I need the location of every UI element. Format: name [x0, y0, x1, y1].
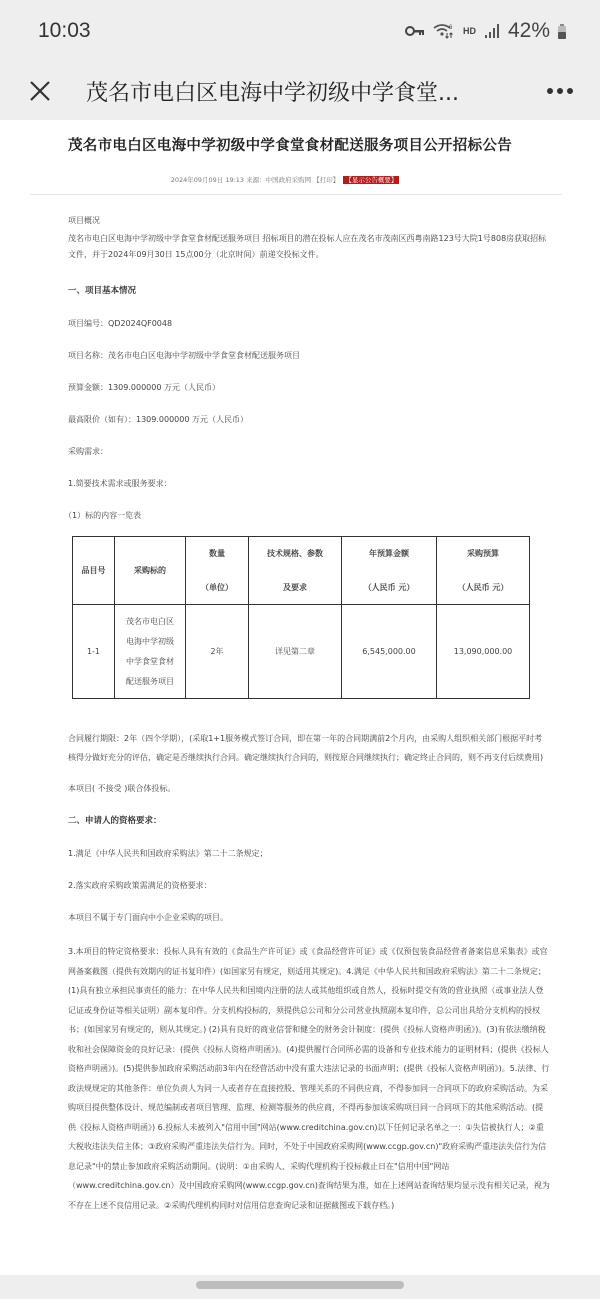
table-header: 品目号: [73, 537, 115, 605]
status-icons: 6 HD 42%: [405, 19, 566, 43]
tech-requirements: 1.简要技术需求或服务要求：: [68, 476, 550, 492]
wifi-6-icon: 6: [433, 23, 455, 39]
item-table: 品目号 采购标的 数量（单位） 技术规格、参数及要求 年预算金额（人民币 元） …: [72, 536, 530, 699]
table-header: 数量（单位）: [186, 537, 249, 605]
source-name: 中国政府采购网: [266, 176, 312, 184]
requirement-2: 2.落实政府采购政策需满足的资格要求：: [68, 878, 550, 894]
requirement-3-details: 3.本项目的特定资格要求：投标人具有有效的《食品生产许可证》或《食品经营许可证》…: [68, 942, 550, 1215]
webview-nav-bar: 茂名市电白区电海中学初级中学食堂...: [0, 62, 600, 120]
home-indicator[interactable]: [196, 1281, 404, 1289]
page-title: 茂名市电白区电海中学初级中学食堂...: [86, 76, 540, 107]
item-number: 1-1: [73, 605, 115, 699]
procurement-needs: 采购需求：: [68, 444, 550, 460]
source-label: 来源：: [246, 176, 266, 184]
table-header: 采购预算（人民币 元）: [437, 537, 530, 605]
table-header-row: 品目号 采购标的 数量（单位） 技术规格、参数及要求 年预算金额（人民币 元） …: [73, 537, 530, 605]
project-number: 项目编号：QD2024QF0048: [68, 316, 550, 332]
max-price: 最高限价（如有）：1309.000000 万元（人民币）: [68, 412, 550, 428]
sme-note: 本项目不属于专门面向中小企业采购的项目。: [68, 910, 550, 926]
consortium-note: 本项目( 不接受 )联合体投标。: [68, 781, 550, 797]
section1-heading: 一、项目基本情况: [68, 283, 550, 299]
table-header: 采购标的: [115, 537, 186, 605]
hd-icon: HD: [463, 26, 476, 36]
requirement-1: 1.满足《中华人民共和国政府采购法》第二十二条规定；: [68, 846, 550, 862]
quantity: 2年: [186, 605, 249, 699]
battery-icon: [558, 24, 566, 39]
contract-term: 合同履行期限：2年（四个学期），(采取1+1服务模式签订合同，即在第一年的合同期…: [68, 729, 550, 767]
vpn-key-icon: [405, 25, 425, 37]
spec: 详见第二章: [249, 605, 342, 699]
total-budget: 13,090,000.00: [437, 605, 530, 699]
table-header: 年预算金额（人民币 元）: [342, 537, 437, 605]
more-options-button[interactable]: [540, 71, 580, 111]
more-icon: [546, 87, 574, 95]
publish-datetime: 2024年09月09日 19:13: [171, 176, 244, 184]
divider: [30, 194, 562, 195]
overview-heading: 项目概况: [68, 213, 550, 229]
web-content[interactable]: 茂名市电白区电海中学初级中学食堂食材配送服务项目公开招标公告 2024年09月0…: [0, 120, 600, 1275]
close-icon: [29, 80, 51, 102]
section2-heading: 二、申请人的资格要求：: [68, 813, 550, 829]
table-row: 1-1 茂名市电白区 电海中学初级 中学食堂食材 配送服务项目 2年 详见第二章…: [73, 605, 530, 699]
status-bar: 10:03 6 HD 42%: [0, 0, 600, 62]
table-header: 技术规格、参数及要求: [249, 537, 342, 605]
project-name: 项目名称：茂名市电白区电海中学初级中学食堂食材配送服务项目: [68, 348, 550, 364]
show-summary-button[interactable]: 【显示公告概要】: [343, 176, 399, 184]
budget-amount: 预算金额：1309.000000 万元（人民币）: [68, 380, 550, 396]
article-meta: 2024年09月09日 19:13 来源：中国政府采购网 【打印】 【显示公告概…: [0, 175, 600, 184]
print-link[interactable]: 【打印】: [313, 176, 339, 184]
procurement-subject: 茂名市电白区 电海中学初级 中学食堂食材 配送服务项目: [115, 605, 186, 699]
svg-text:6: 6: [449, 25, 453, 31]
close-button[interactable]: [20, 71, 60, 111]
signal-icon: [484, 24, 500, 38]
item-list-title: （1）标的内容一览表: [64, 508, 550, 524]
annual-budget: 6,545,000.00: [342, 605, 437, 699]
article-title: 茂名市电白区电海中学初级中学食堂食材配送服务项目公开招标公告: [0, 120, 600, 155]
clock: 10:03: [38, 19, 91, 43]
article-body: 项目概况 茂名市电白区电海中学初级中学食堂食材配送服务项目 招标项目的潜在投标人…: [0, 194, 600, 1215]
battery-percent: 42%: [508, 19, 550, 43]
overview-text: 茂名市电白区电海中学初级中学食堂食材配送服务项目 招标项目的潜在投标人应在茂名市…: [68, 231, 550, 263]
